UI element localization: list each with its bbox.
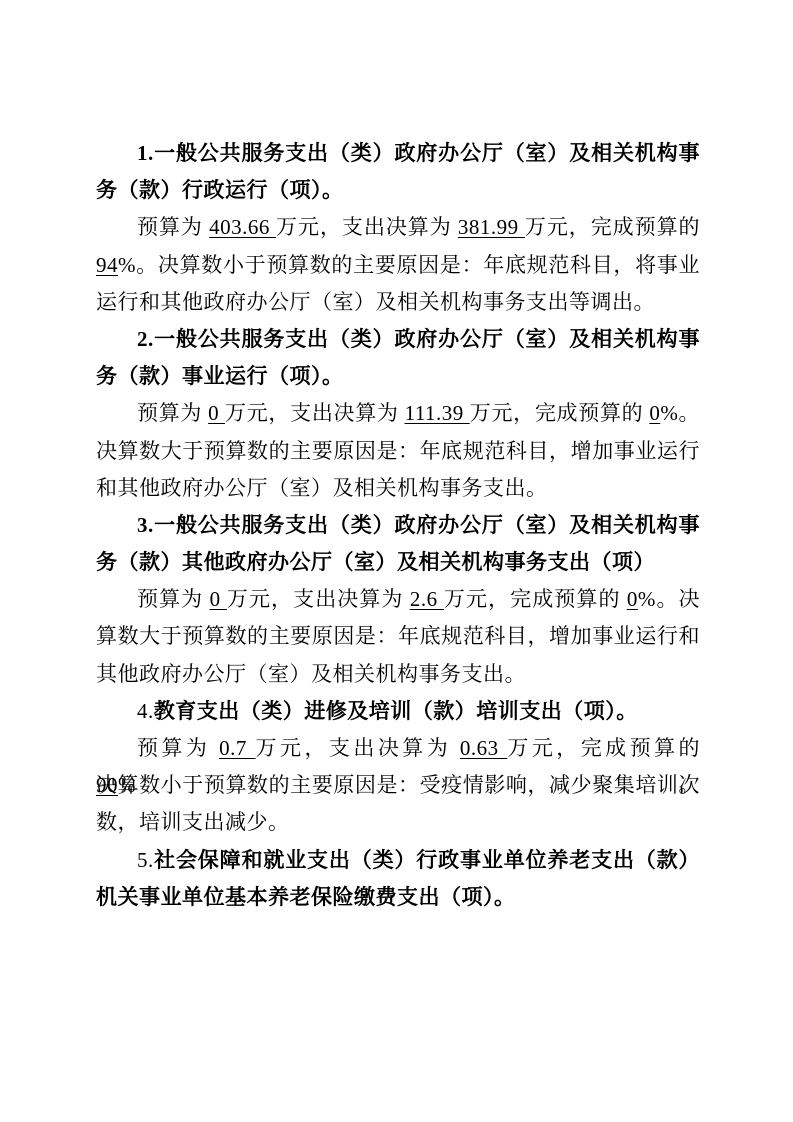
text-line: 务（款）行政运行（项）。 xyxy=(96,172,700,209)
body-text: 万元，支出决算为 xyxy=(276,215,458,239)
underlined-value: 0.7 xyxy=(219,736,255,760)
body-text: %。决 xyxy=(638,587,700,611)
body-text: 万元，完成预算的 xyxy=(525,215,700,239)
bold-heading-text: 3. xyxy=(137,513,154,537)
text-line: 运行和其他政府办公厅（室）及相关机构事务支出等调出。 xyxy=(96,284,700,321)
bold-heading-text: 机关事业单位基本养老保险缴费支出（项）。 xyxy=(96,885,516,909)
body-text: 其他政府办公厅（室）及相关机构事务支出。 xyxy=(96,662,526,686)
bold-heading-text: 教育支出（类）进修及培训（款）培训支出（项）。 xyxy=(154,699,638,723)
text-line: 预算为 0.7 万元，支出决算为 0.63 万元，完成预算的 90%。 xyxy=(96,730,700,767)
underlined-value: 2.6 xyxy=(410,587,444,611)
text-line: 4.教育支出（类）进修及培训（款）培训支出（项）。 xyxy=(96,693,700,730)
text-line: 94%。决算数小于预算数的主要原因是：年底规范科目，将事业 xyxy=(96,247,700,284)
section-1-general-public-service-admin-operation: 1.一般公共服务支出（类）政府办公厅（室）及相关机构事务（款）行政运行（项）。预… xyxy=(96,135,700,321)
body-text: 预算为 xyxy=(137,736,219,760)
bold-heading-text: 2. xyxy=(137,327,154,351)
body-text: 预算为 xyxy=(137,401,208,425)
underlined-value: 0 xyxy=(649,401,660,425)
section-3-general-public-service-other-expenditure: 3.一般公共服务支出（类）政府办公厅（室）及相关机构事务（款）其他政府办公厅（室… xyxy=(96,507,700,693)
underlined-value: 0 xyxy=(627,587,638,611)
body-text: 运行和其他政府办公厅（室）及相关机构事务支出等调出。 xyxy=(96,290,655,314)
text-line: 其他政府办公厅（室）及相关机构事务支出。 xyxy=(96,656,700,693)
text-line: 2.一般公共服务支出（类）政府办公厅（室）及相关机构事 xyxy=(96,321,700,358)
bold-heading-text: 务（款）行政运行（项）。 xyxy=(96,178,344,202)
body-text: 算数大于预算数的主要原因是：年底规范科目，增加事业运行和 xyxy=(96,624,700,648)
body-text: 4. xyxy=(137,699,154,723)
text-line: 预算为 0 万元，支出决算为 111.39 万元，完成预算的 0%。 xyxy=(96,395,700,432)
body-text: %。决算数小于预算数的主要原因是：年底规范科目，将事业 xyxy=(118,253,700,277)
body-text: 万元，支出决算为 xyxy=(256,736,460,760)
text-line: 务（款）事业运行（项）。 xyxy=(96,358,700,395)
text-line: 1.一般公共服务支出（类）政府办公厅（室）及相关机构事 xyxy=(96,135,700,172)
bold-heading-text: 社会保障和就业支出（类）行政事业单位养老支出（款） xyxy=(154,848,700,872)
text-line: 务（款）其他政府办公厅（室）及相关机构事务支出（项） xyxy=(96,544,700,581)
text-line: 决算数大于预算数的主要原因是：年底规范科目，增加事业运行 xyxy=(96,433,700,470)
text-line: 机关事业单位基本养老保险缴费支出（项）。 xyxy=(96,879,700,916)
section-2-general-public-service-institution-operation: 2.一般公共服务支出（类）政府办公厅（室）及相关机构事务（款）事业运行（项）。预… xyxy=(96,321,700,507)
body-text: 决算数小于预算数的主要原因是：受疫情影响，减少聚集培训次 xyxy=(96,773,700,797)
underlined-value: 381.99 xyxy=(458,215,525,239)
document-page: 1.一般公共服务支出（类）政府办公厅（室）及相关机构事务（款）行政运行（项）。预… xyxy=(0,0,793,1122)
text-line: 5.社会保障和就业支出（类）行政事业单位养老支出（款） xyxy=(96,842,700,879)
bold-heading-text: 1. xyxy=(137,141,154,165)
text-line: 预算为 0 万元，支出决算为 2.6 万元，完成预算的 0%。决 xyxy=(96,581,700,618)
bold-heading-text: 一般公共服务支出（类）政府办公厅（室）及相关机构事 xyxy=(154,513,700,537)
section-5-social-security-pension-expenditure: 5.社会保障和就业支出（类）行政事业单位养老支出（款）机关事业单位基本养老保险缴… xyxy=(96,842,700,916)
text-line: 和其他政府办公厅（室）及相关机构事务支出。 xyxy=(96,470,700,507)
bold-heading-text: 一般公共服务支出（类）政府办公厅（室）及相关机构事 xyxy=(154,141,700,165)
body-text: 5. xyxy=(137,848,154,872)
body-text: 万元，完成预算的 xyxy=(444,587,627,611)
text-line: 数，培训支出减少。 xyxy=(96,804,700,841)
body-text: 万元，完成预算的 xyxy=(470,401,650,425)
text-line: 决算数小于预算数的主要原因是：受疫情影响，减少聚集培训次 xyxy=(96,767,700,804)
body-text: 预算为 xyxy=(137,587,210,611)
bold-heading-text: 务（款）事业运行（项）。 xyxy=(96,364,344,388)
underlined-value: 0.63 xyxy=(460,736,507,760)
underlined-value: 94 xyxy=(96,253,118,277)
document-text-block: 1.一般公共服务支出（类）政府办公厅（室）及相关机构事务（款）行政运行（项）。预… xyxy=(96,135,700,916)
body-text: 万元，完成预算的 xyxy=(507,736,700,760)
body-text: 万元，支出决算为 xyxy=(227,587,410,611)
section-4-education-training-expenditure: 4.教育支出（类）进修及培训（款）培训支出（项）。预算为 0.7 万元，支出决算… xyxy=(96,693,700,842)
body-text: 和其他政府办公厅（室）及相关机构事务支出。 xyxy=(96,476,548,500)
underlined-value: 111.39 xyxy=(405,401,470,425)
body-text: %。 xyxy=(660,401,700,425)
bold-heading-text: 务（款）其他政府办公厅（室）及相关机构事务支出（项） xyxy=(96,550,655,574)
bold-heading-text: 一般公共服务支出（类）政府办公厅（室）及相关机构事 xyxy=(154,327,700,351)
body-text: 万元，支出决算为 xyxy=(225,401,405,425)
underlined-value: 403.66 xyxy=(209,215,276,239)
underlined-value: 0 xyxy=(208,401,225,425)
body-text: 预算为 xyxy=(137,215,209,239)
body-text: 数，培训支出减少。 xyxy=(96,810,290,834)
body-text: 决算数大于预算数的主要原因是：年底规范科目，增加事业运行 xyxy=(96,439,700,463)
text-line: 预算为 403.66 万元，支出决算为 381.99 万元，完成预算的 xyxy=(96,209,700,246)
underlined-value: 0 xyxy=(210,587,227,611)
text-line: 3.一般公共服务支出（类）政府办公厅（室）及相关机构事 xyxy=(96,507,700,544)
text-line: 算数大于预算数的主要原因是：年底规范科目，增加事业运行和 xyxy=(96,618,700,655)
